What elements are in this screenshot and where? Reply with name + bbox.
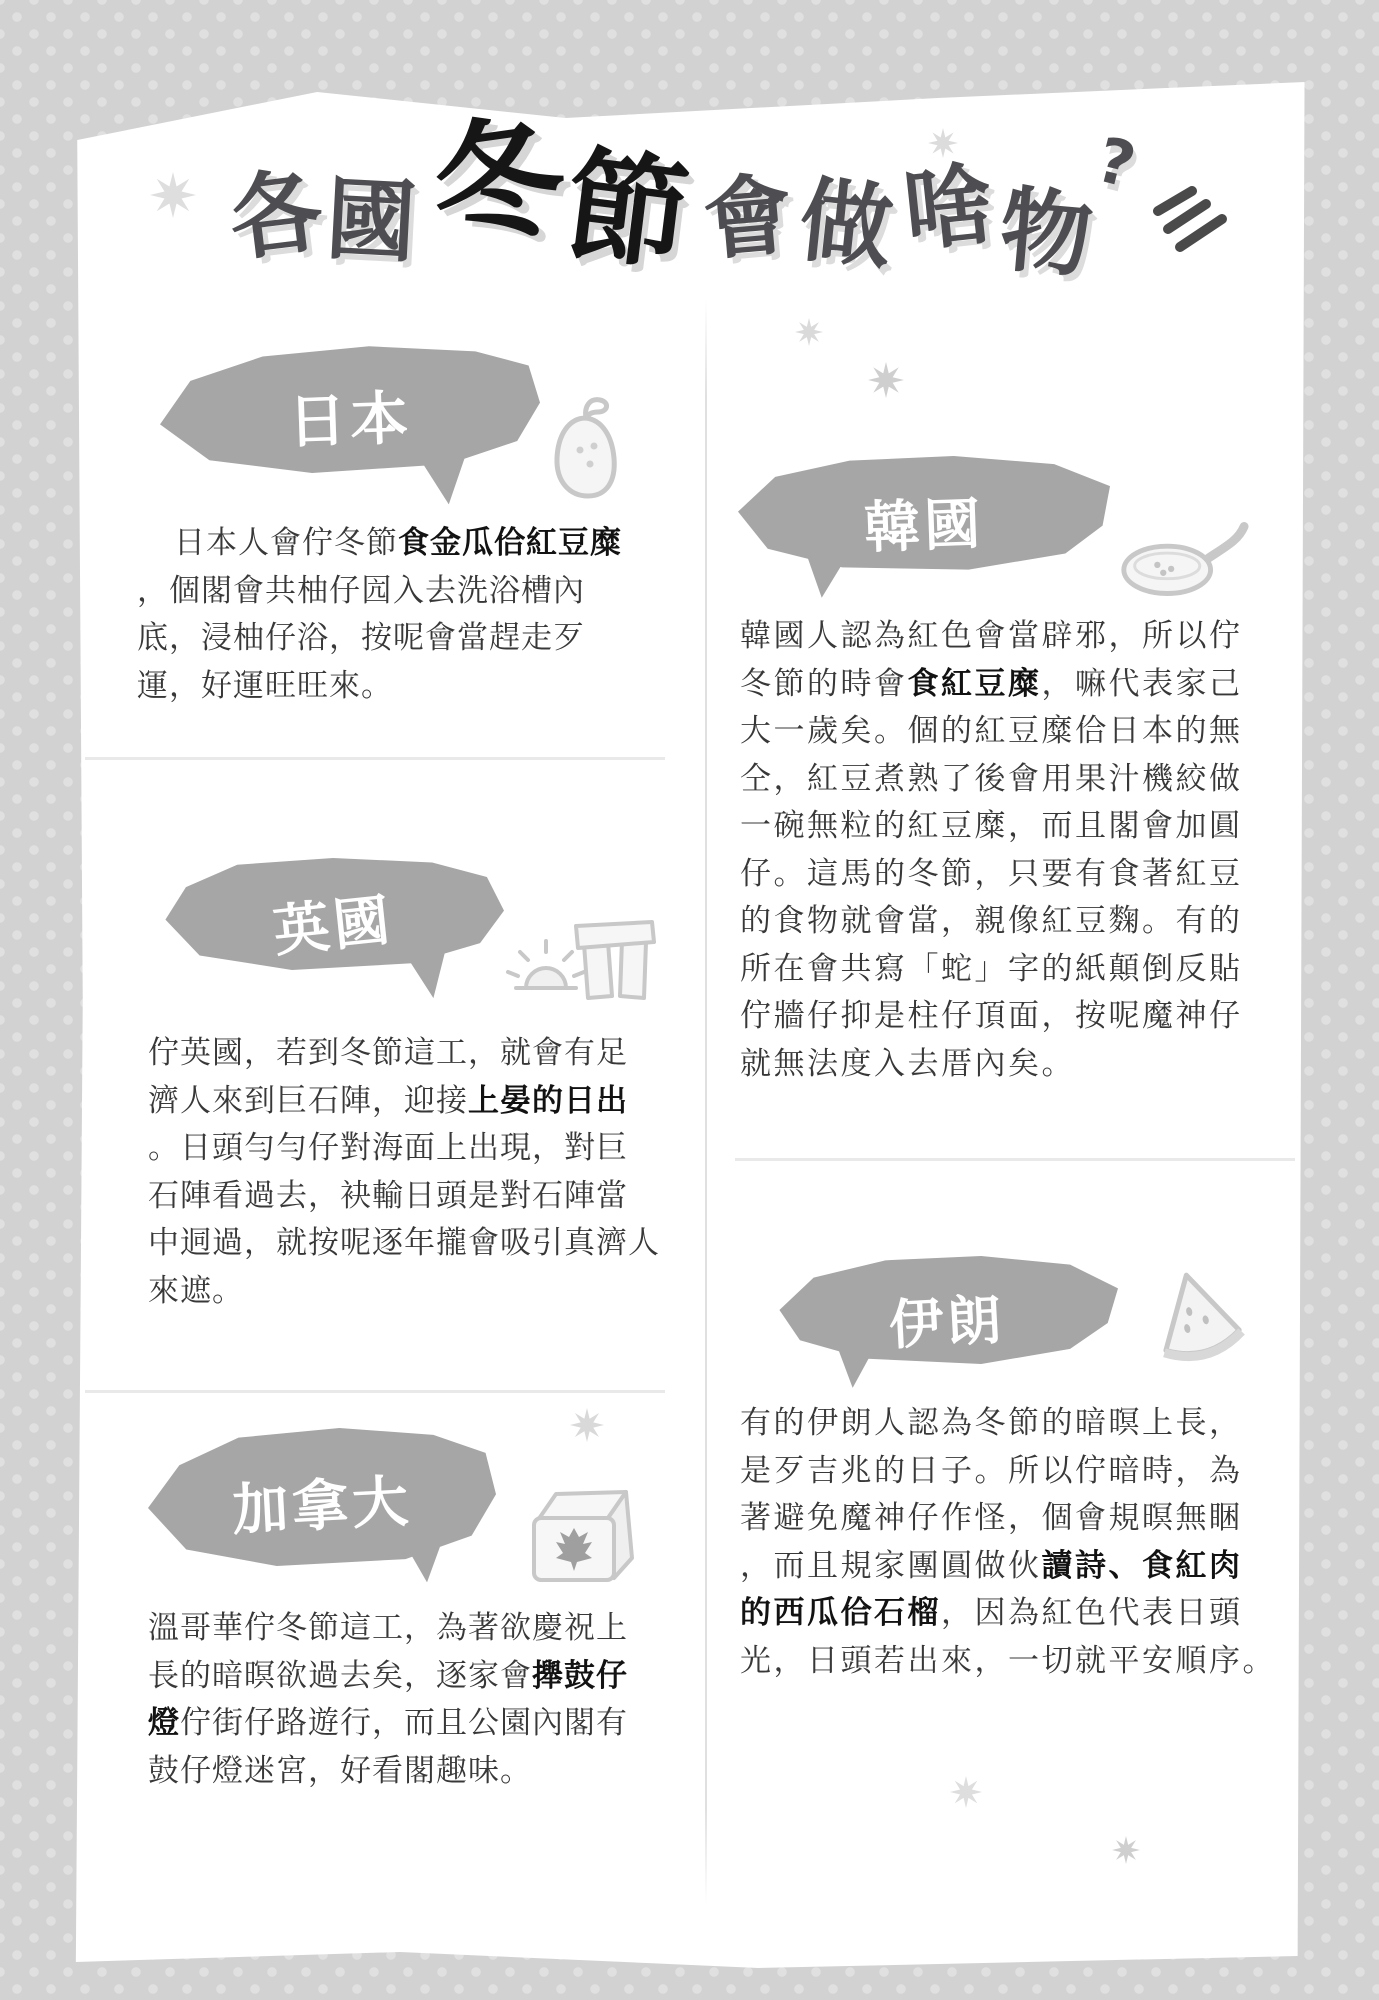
poster-page: 各國冬節會做啥物? 日本 日本人會佇冬節食金瓜佮紅豆糜，個閣會 [0, 0, 1379, 2000]
title-char: ? [1091, 129, 1141, 198]
text-line: 的食物就會當，親像紅豆麴。有的 [740, 898, 1243, 946]
text-line: 佇英國，若到冬節這工，就會有足 [148, 1030, 660, 1078]
emphasis-lines-icon [1148, 185, 1233, 257]
burst-star-icon [1112, 1836, 1140, 1864]
text-line: 燈佇街仔路遊行，而且公園內閣有 [148, 1700, 628, 1748]
text-line: 所在會共寫「蛇」字的紙顛倒反貼 [740, 946, 1243, 994]
highlighted-text: 攑鼓仔 [532, 1658, 628, 1694]
text-line: 就無法度入去厝內矣。 [740, 1041, 1243, 1089]
body-text: 濟人來到巨石陣，迎接 [148, 1083, 468, 1119]
title-char: 節 [559, 143, 695, 279]
burst-star-icon [150, 172, 196, 218]
text-line: 是歹吉兆的日子。所以佇暗時，為 [740, 1448, 1276, 1496]
body-text: 佇英國，若到冬節這工，就會有足 [148, 1035, 628, 1071]
title-char: 做 [795, 174, 896, 275]
body-text: ，而且規家團圓做伙 [740, 1548, 1042, 1584]
paragraph-iran: 有的伊朗人認為冬節的暗暝上長，是歹吉兆的日子。所以佇暗時，為著避免魔神仔作怪，個… [740, 1400, 1276, 1685]
text-line: 仝，紅豆煮熟了後會用果汁機絞做 [740, 756, 1243, 804]
text-line: 溫哥華佇冬節這工，為著欲慶祝上 [148, 1605, 628, 1653]
text-line: ，個閣會共柚仔囥入去洗浴槽內 [137, 568, 622, 616]
body-text: 佇牆仔抑是柱仔頂面，按呢魔神仔 [740, 998, 1243, 1034]
body-text: ，因為紅色代表日頭 [941, 1595, 1243, 1631]
text-line: 運，好運旺旺來。 [137, 663, 622, 711]
body-text: 仔。這馬的冬節，只要有食著紅豆 [740, 856, 1243, 892]
body-text: 日本人會佇冬節 [174, 525, 398, 561]
title-char: 冬 [423, 108, 572, 257]
text-line: 長的暗暝欲過去矣，逐家會攑鼓仔 [148, 1653, 628, 1701]
title-char: 會 [700, 170, 795, 265]
text-line: 日本人會佇冬節食金瓜佮紅豆糜 [137, 520, 622, 568]
body-text: 中迵過，就按呢逐年攏會吸引真濟人 [148, 1225, 660, 1261]
title-char: 物 [996, 184, 1096, 284]
text-line: 大一歲矣。個的紅豆糜佮日本的無 [740, 708, 1243, 756]
burst-star-icon [570, 1408, 604, 1442]
text-line: 韓國人認為紅色會當辟邪，所以佇 [740, 613, 1243, 661]
body-text: 溫哥華佇冬節這工，為著欲慶祝上 [148, 1610, 628, 1646]
content-layer: 各國冬節會做啥物? 日本 日本人會佇冬節食金瓜佮紅豆糜，個閣會 [0, 0, 1379, 2000]
burst-star-icon [950, 1776, 982, 1808]
text-line: 鼓仔燈迷宮，好看閣趣味。 [148, 1748, 628, 1796]
title-char: 啥 [900, 160, 999, 259]
body-text: 韓國人認為紅色會當辟邪，所以佇 [740, 618, 1243, 654]
body-text: 有的伊朗人認為冬節的暗暝上長， [740, 1405, 1243, 1441]
title-char: 各 [225, 165, 328, 268]
body-text: ，嘛代表家己 [1042, 666, 1243, 702]
body-text: ，個閣會共柚仔囥入去洗浴槽內 [137, 573, 585, 609]
text-line: 仔。這馬的冬節，只要有食著紅豆 [740, 851, 1243, 899]
text-line: 。日頭勻勻仔對海面上出現，對巨 [148, 1125, 660, 1173]
body-text: 大一歲矣。個的紅豆糜佮日本的無 [740, 713, 1243, 749]
body-text: 底，浸柚仔浴，按呢會當趕走歹 [137, 620, 585, 656]
text-line: 有的伊朗人認為冬節的暗暝上長， [740, 1400, 1276, 1448]
section-divider [735, 1158, 1295, 1161]
body-text: 仝，紅豆煮熟了後會用果汁機絞做 [740, 761, 1243, 797]
body-text: 光，日頭若出來，一切就平安順序。 [740, 1643, 1276, 1679]
country-label-japan: 日本 [159, 366, 542, 463]
country-label-iran: 伊朗 [774, 1271, 1120, 1366]
red-bean-soup-spoon-icon [1112, 512, 1252, 604]
section-divider [85, 757, 665, 760]
text-line: 的西瓜佮石榴，因為紅色代表日頭 [740, 1590, 1276, 1638]
yuzu-fruit-icon [544, 392, 626, 504]
body-text: 的食物就會當，親像紅豆麴。有的 [740, 903, 1243, 939]
lantern-maple-leaf-icon [512, 1478, 648, 1586]
body-text: 運，好運旺旺來。 [137, 668, 393, 704]
paper-crease [705, 300, 707, 1905]
text-line: 光，日頭若出來，一切就平安順序。 [740, 1638, 1276, 1686]
body-text: 。日頭勻勻仔對海面上出現，對巨 [148, 1130, 628, 1166]
body-text: 冬節的時會 [740, 666, 908, 702]
highlighted-text: 食紅豆糜 [908, 666, 1042, 702]
text-line: 濟人來到巨石陣，迎接上晏的日出 [148, 1078, 660, 1126]
body-text: 長的暗暝欲過去矣，逐家會 [148, 1658, 532, 1694]
body-text: 來遮。 [148, 1273, 244, 1309]
page-title: 各國冬節會做啥物? [230, 150, 1134, 282]
text-line: 冬節的時會食紅豆糜，嘛代表家己 [740, 661, 1243, 709]
burst-star-icon [868, 362, 904, 398]
body-text: 一碗無粒的紅豆糜，而且閣會加圓 [740, 808, 1243, 844]
watermelon-slice-icon [1129, 1250, 1263, 1378]
text-line: ，而且規家團圓做伙讀詩、食紅肉 [740, 1543, 1276, 1591]
highlighted-text: 讀詩、食紅肉 [1042, 1548, 1243, 1584]
highlighted-text: 上晏的日出 [468, 1083, 628, 1119]
body-text: 佇街仔路遊行，而且公園內閣有 [180, 1705, 628, 1741]
stonehenge-sunrise-icon [488, 906, 656, 1004]
text-line: 底，浸柚仔浴，按呢會當趕走歹 [137, 615, 622, 663]
body-text: 鼓仔燈迷宮，好看閣趣味。 [148, 1753, 532, 1789]
text-line: 中迵過，就按呢逐年攏會吸引真濟人 [148, 1220, 660, 1268]
body-text: 所在會共寫「蛇」字的紙顛倒反貼 [740, 951, 1243, 987]
section-divider [85, 1390, 665, 1393]
text-line: 著避免魔神仔作怪，個會規暝無睏 [740, 1495, 1276, 1543]
text-line: 石陣看過去，袂輸日頭是對石陣當 [148, 1173, 660, 1221]
paragraph-uk: 佇英國，若到冬節這工，就會有足濟人來到巨石陣，迎接上晏的日出。日頭勻勻仔對海面上… [148, 1030, 660, 1315]
highlighted-text: 食金瓜佮紅豆糜 [398, 525, 622, 561]
text-line: 一碗無粒的紅豆糜，而且閣會加圓 [740, 803, 1243, 851]
paragraph-canada: 溫哥華佇冬節這工，為著欲慶祝上長的暗暝欲過去矣，逐家會攑鼓仔燈佇街仔路遊行，而且… [148, 1605, 628, 1795]
country-label-korea: 韓國 [737, 476, 1112, 569]
body-text: 是歹吉兆的日子。所以佇暗時，為 [740, 1453, 1243, 1489]
highlighted-text: 燈 [148, 1705, 180, 1741]
burst-star-icon [795, 318, 823, 346]
title-char: 國 [324, 175, 419, 270]
body-text: 著避免魔神仔作怪，個會規暝無睏 [740, 1500, 1243, 1536]
highlighted-text: 的西瓜佮石榴 [740, 1595, 941, 1631]
text-line: 佇牆仔抑是柱仔頂面，按呢魔神仔 [740, 993, 1243, 1041]
paragraph-japan: 日本人會佇冬節食金瓜佮紅豆糜，個閣會共柚仔囥入去洗浴槽內底，浸柚仔浴，按呢會當趕… [137, 520, 622, 710]
body-text: 就無法度入去厝內矣。 [740, 1046, 1075, 1082]
body-text: 石陣看過去，袂輸日頭是對石陣當 [148, 1178, 628, 1214]
text-line: 來遮。 [148, 1268, 660, 1316]
paragraph-korea: 韓國人認為紅色會當辟邪，所以佇冬節的時會食紅豆糜，嘛代表家己大一歲矣。個的紅豆糜… [740, 613, 1243, 1088]
